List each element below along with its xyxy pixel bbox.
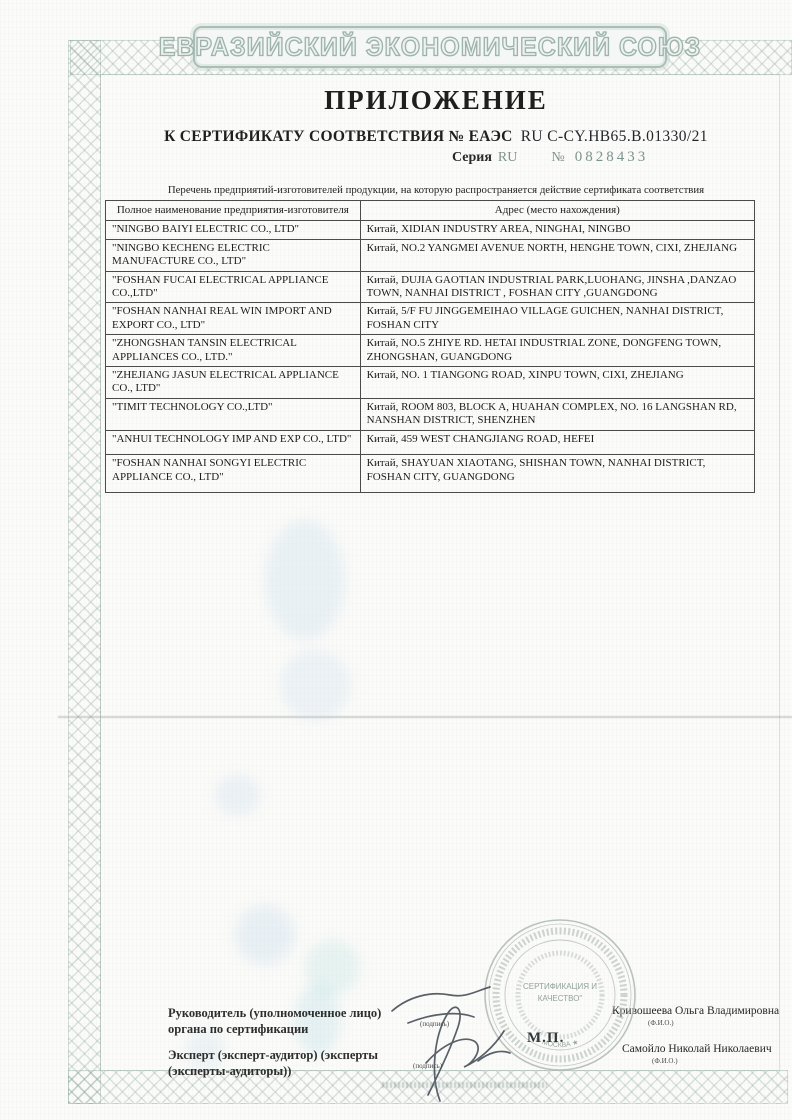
fio-caption: (Ф.И.О.) xyxy=(652,1057,678,1065)
guilloche-left-band xyxy=(68,40,101,1104)
manufacturers-table: Полное наименование предприятия-изготови… xyxy=(105,200,755,493)
table-row: "ZHEJIANG JASUN ELECTRICAL APPLIANCE CO.… xyxy=(106,367,755,399)
page-title: ПРИЛОЖЕНИЕ xyxy=(95,85,777,116)
certificate-line-label: К СЕРТИФИКАТУ СООТВЕТСТВИЯ № ЕАЭС xyxy=(164,128,513,145)
series-value: RU xyxy=(492,150,517,165)
expert-signatory-name: Самойло Николай Николаевич xyxy=(622,1043,772,1055)
table-row: "TIMIT TECHNOLOGY CO.,LTD" Китай, ROOM 8… xyxy=(106,398,755,430)
fio-caption: (Ф.И.О.) xyxy=(648,1019,674,1027)
paper-texture xyxy=(0,0,792,1120)
manufacturer-name: "ZHONGSHAN TANSIN ELECTRICAL APPLIANCES … xyxy=(106,335,361,367)
scan-fold-line xyxy=(58,716,792,718)
manufacturer-address: Китай, DUJIA GAOTIAN INDUSTRIAL PARK,LUO… xyxy=(360,271,754,303)
eaeu-banner: ЕВРАЗИЙСКИЙ ЭКОНОМИЧЕСКИЙ СОЮЗ xyxy=(193,26,667,68)
series-line: СерияRU№0828433 xyxy=(452,149,648,166)
column-header-address: Адрес (место нахождения) xyxy=(360,201,754,221)
certificate-number: RU C-CY.HB65.B.01330/21 xyxy=(513,128,708,145)
table-row: "NINGBO BAIYI ELECTRIC CO., LTD" Китай, … xyxy=(106,221,755,239)
table-row: "FOSHAN NANHAI SONGYI ELECTRIC APPLIANCE… xyxy=(106,455,755,493)
manufacturer-address: Китай, XIDIAN INDUSTRY AREA, NINGHAI, NI… xyxy=(360,221,754,239)
manufacturer-address: Китай, NO. 1 TIANGONG ROAD, XINPU TOWN, … xyxy=(360,367,754,399)
printer-fine-print xyxy=(382,1082,547,1088)
manufacturer-address: Китай, 459 WEST CHANGJIANG ROAD, HEFEI xyxy=(360,430,754,454)
blank-number-sign: № xyxy=(517,150,564,165)
manufacturer-name: "FOSHAN NANHAI SONGYI ELECTRIC APPLIANCE… xyxy=(106,455,361,493)
manufacturer-name: "FOSHAN FUCAI ELECTRICAL APPLIANCE CO.,L… xyxy=(106,271,361,303)
manufacturer-name: "ZHEJIANG JASUN ELECTRICAL APPLIANCE CO.… xyxy=(106,367,361,399)
table-row: "ZHONGSHAN TANSIN ELECTRICAL APPLIANCES … xyxy=(106,335,755,367)
manufacturer-name: "ANHUI TECHNOLOGY IMP AND EXP CO., LTD" xyxy=(106,430,361,454)
table-row: "FOSHAN FUCAI ELECTRICAL APPLIANCE CO.,L… xyxy=(106,271,755,303)
manufacturer-name: "FOSHAN NANHAI REAL WIN IMPORT AND EXPOR… xyxy=(106,303,361,335)
blank-number: 0828433 xyxy=(565,149,649,165)
manufacturer-address: Китай, NO.2 YANGMEI AVENUE NORTH, HENGHE… xyxy=(360,239,754,271)
table-row: "ANHUI TECHNOLOGY IMP AND EXP CO., LTD" … xyxy=(106,430,755,454)
manufacturer-address: Китай, 5/F FU JINGGEMEIHAO VILLAGE GUICH… xyxy=(360,303,754,335)
manufacturer-address: Китай, SHAYUAN XIAOTANG, SHISHAN TOWN, N… xyxy=(360,455,754,493)
eaeu-banner-text: ЕВРАЗИЙСКИЙ ЭКОНОМИЧЕСКИЙ СОЮЗ xyxy=(159,32,702,62)
handwritten-signature xyxy=(378,983,538,1108)
certificate-page: { "banner": { "text": "ЕВРАЗИЙСКИЙ ЭКОНО… xyxy=(0,0,792,1120)
table-header-row: Полное наименование предприятия-изготови… xyxy=(106,201,755,221)
seal-center-line2: КАЧЕСТВО" xyxy=(538,994,583,1003)
head-signatory-label: Руководитель (уполномоченное лицо) орган… xyxy=(168,1006,403,1037)
table-row: "FOSHAN NANHAI REAL WIN IMPORT AND EXPOR… xyxy=(106,303,755,335)
expert-signatory-label: Эксперт (эксперт-аудитор) (эксперты (экс… xyxy=(168,1048,403,1079)
manufacturer-name: "TIMIT TECHNOLOGY CO.,LTD" xyxy=(106,398,361,430)
manufacturer-address: Китай, NO.5 ZHIYE RD. HETAI INDUSTRIAL Z… xyxy=(360,335,754,367)
column-header-name: Полное наименование предприятия-изготови… xyxy=(106,201,361,221)
series-label: Серия xyxy=(452,150,492,165)
intro-text: Перечень предприятий-изготовителей проду… xyxy=(95,184,777,196)
certificate-line: К СЕРТИФИКАТУ СООТВЕТСТВИЯ № ЕАЭСRU C-CY… xyxy=(95,128,777,146)
table-row: "NINGBO KECHENG ELECTRIC MANUFACTURE CO.… xyxy=(106,239,755,271)
manufacturer-address: Китай, ROOM 803, BLOCK A, HUAHAN COMPLEX… xyxy=(360,398,754,430)
manufacturer-name: "NINGBO BAIYI ELECTRIC CO., LTD" xyxy=(106,221,361,239)
manufacturer-name: "NINGBO KECHENG ELECTRIC MANUFACTURE CO.… xyxy=(106,239,361,271)
